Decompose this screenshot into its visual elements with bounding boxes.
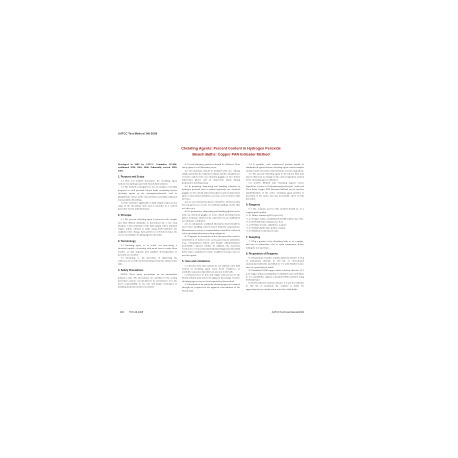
title-line-2: Bleach Baths: Copper PAN Indicator Metho…	[164, 151, 297, 157]
method-number-header: AATCC Test Method 149-2008	[118, 132, 157, 135]
paragraph: 8.2 Standard 0.05M copper sulfate soluti…	[246, 269, 304, 282]
paragraph: 4.4 An eyewash/safety shower should be l…	[182, 201, 240, 210]
section-heading: 6. Reagents	[246, 203, 304, 206]
page-number: 260	[120, 311, 124, 313]
section-heading: 7. Sampling	[246, 236, 304, 239]
document-page: AATCC Test Method 149-2008 Chelating Age…	[0, 0, 458, 458]
paragraph: 5.3 Standards of the particular chelatin…	[182, 283, 240, 292]
paragraph: 5.4 If possible, each commercial product…	[246, 163, 304, 172]
paragraph: 4.7 Exposure to chemicals used in this p…	[182, 235, 240, 257]
paragraph: 3.1 chelating agent, n.: in textile wet …	[118, 244, 177, 257]
paragraph: 5.1 Results from this method do not indi…	[182, 264, 240, 273]
paragraph: 6.1.6 Distilled or deionized water.	[247, 230, 304, 233]
paragraph: 8.1 Preparation of buffer solution (pH 1…	[246, 257, 304, 270]
paragraph: 4.5 In preparation, dispensing and handl…	[182, 210, 240, 223]
text-column-3: 5.4 If possible, each commercial product…	[246, 163, 304, 310]
section-heading: 1. Purpose and Scope	[118, 175, 177, 178]
section-heading: 5. Uses and Limitations	[182, 260, 240, 263]
paragraph: 4.6 An adequately ventilated laboratory …	[182, 223, 240, 236]
section-heading: 8. Preparation of Reagents	[246, 252, 304, 255]
paragraph: 8.3 PAN indicator solution: dissolve 0.1…	[246, 282, 304, 291]
paragraph: 1.2 The method is designed for use on sa…	[118, 186, 177, 202]
paragraph: 5.6 AATCC Method 148, Chelating Agents: …	[246, 182, 304, 201]
text-column-2: 4.1 Good laboratory practices should be …	[182, 163, 240, 310]
paragraph: 5.2 Interferences of iron and copper sal…	[182, 274, 240, 283]
footer-left: 260TM 149-2008	[120, 311, 143, 313]
paragraph: Developed in 1986 by AATCC Committee RA1…	[118, 163, 177, 172]
document-viewport: AATCC Test Method 149-2008 Chelating Age…	[0, 0, 458, 458]
manual-reference: AATCC Technical Manual/2010	[182, 311, 304, 313]
paragraph: 4.3 In preparing, dispensing and handlin…	[182, 185, 240, 201]
text-column-1: Developed in 1986 by AATCC Committee RA1…	[118, 163, 177, 310]
paragraph: 5.5 The percent chelating agent in the b…	[246, 172, 304, 181]
method-reference: TM 149-2008	[129, 311, 143, 313]
paragraph: 1.3 The method is applicable to bath sam…	[118, 201, 177, 210]
section-heading: 4. Safety Precautions	[118, 269, 177, 272]
paragraph: 7.1 Dip a portion of the bleaching bath,…	[246, 240, 304, 249]
section-heading: 2. Principle	[118, 214, 177, 217]
paragraph: NOTE: These safety precautions are for i…	[118, 273, 177, 289]
section-heading: 3. Terminology	[118, 240, 177, 243]
document-title: Chelating Agents: Percent Content in Hyd…	[164, 145, 297, 157]
paragraph: 2.1 The percent chelating agent is prese…	[118, 218, 177, 237]
paragraph: 3.2 bleaching, n.: the procedure of impr…	[118, 257, 177, 266]
paragraph: 4.2 All chemicals should be handled with…	[182, 169, 240, 185]
